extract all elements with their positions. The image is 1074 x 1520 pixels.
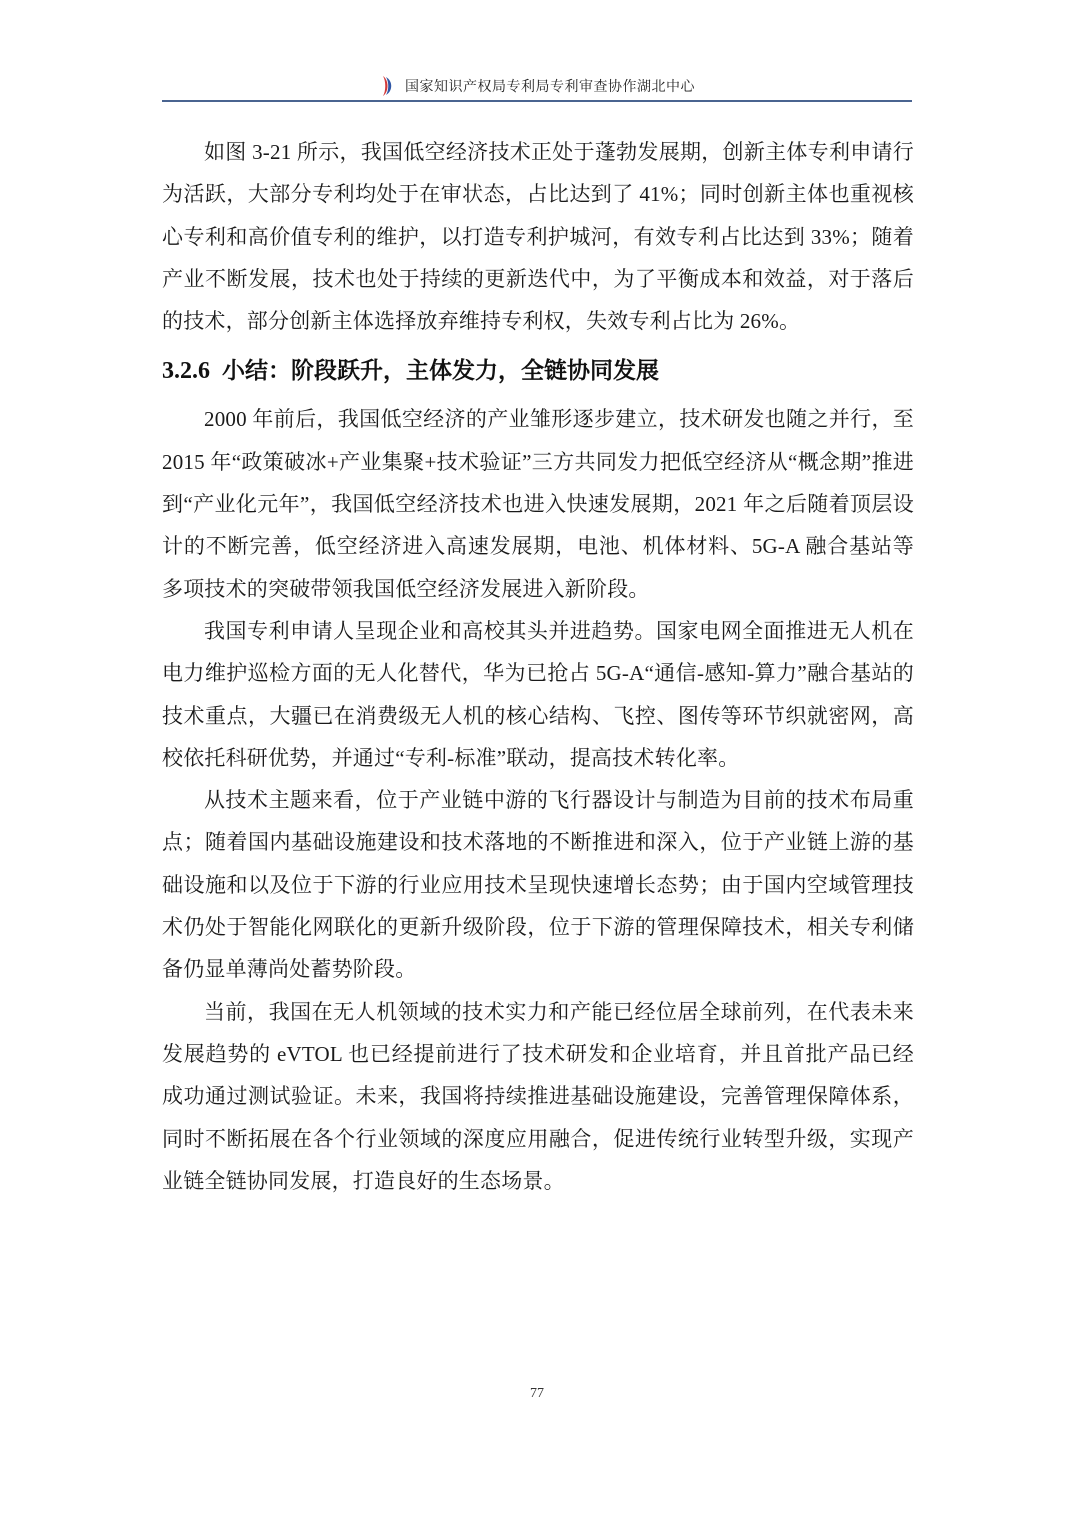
- page-content: 如图 3-21 所示，我国低空经济技术正处于蓬勃发展期，创新主体专利申请行为活跃…: [162, 131, 914, 1202]
- header-title: 国家知识产权局专利局专利审查协作湖北中心: [405, 76, 695, 96]
- paragraph-technology-themes: 从技术主题来看，位于产业链中游的飞行器设计与制造为目前的技术布局重点；随着国内基…: [162, 779, 914, 990]
- paragraph-development-stages: 2000 年前后，我国低空经济的产业雏形逐步建立，技术研发也随之并行，至 201…: [162, 398, 914, 609]
- paragraph-patent-status: 如图 3-21 所示，我国低空经济技术正处于蓬勃发展期，创新主体专利申请行为活跃…: [162, 131, 914, 342]
- section-heading: 3.2.6 小结：阶段跃升，主体发力，全链协同发展: [162, 356, 914, 386]
- institution-logo-icon: [379, 75, 395, 97]
- page-header: 国家知识产权局专利局专利审查协作湖北中心: [162, 72, 912, 102]
- header-inner: 国家知识产权局专利局专利审查协作湖北中心: [162, 72, 912, 100]
- section-number: 3.2.6: [162, 356, 210, 386]
- paragraph-applicants: 我国专利申请人呈现企业和高校其头并进趋势。国家电网全面推进无人机在电力维护巡检方…: [162, 610, 914, 779]
- section-title: 小结：阶段跃升，主体发力，全链协同发展: [222, 356, 659, 386]
- header-rule: [162, 100, 912, 102]
- page-number: 77: [0, 1386, 1074, 1402]
- paragraph-outlook: 当前，我国在无人机领域的技术实力和产能已经位居全球前列，在代表未来发展趋势的 e…: [162, 991, 914, 1202]
